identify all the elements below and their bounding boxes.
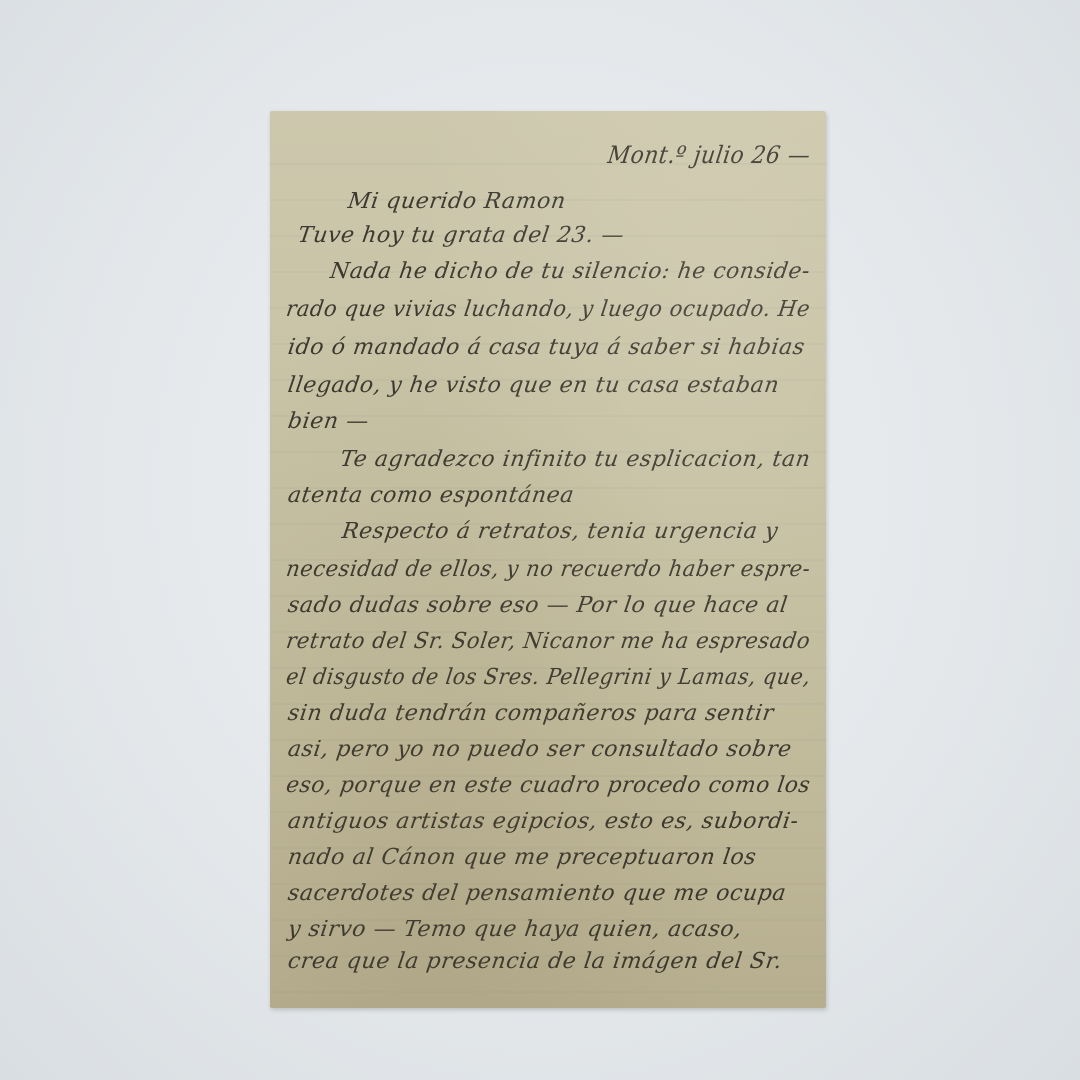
letter-salutation: Mi querido Ramon (346, 189, 567, 214)
letter-line: crea que la presencia de la imágen del S… (286, 949, 783, 974)
letter-line: Nada he dicho de tu silencio: he conside… (328, 259, 811, 284)
letter-line: atenta como espontánea (286, 483, 576, 508)
letter-line: Te agradezco infinito tu esplicacion, ta… (338, 447, 812, 472)
letter-line: necesidad de ellos, y no recuerdo haber … (284, 557, 812, 582)
letter-line: eso, porque en este cuadro procedo como … (284, 773, 812, 798)
letter-line: nado al Cánon que me preceptuaron los (286, 845, 758, 870)
letter-line: bien — (286, 409, 370, 434)
letter-line: rado que vivias luchando, y luego ocupad… (284, 297, 811, 322)
letter-line: Respecto á retratos, tenia urgencia y (340, 519, 780, 544)
letter-dateline: Mont.º julio 26 — (606, 141, 812, 169)
letter-line: llegado, y he visto que en tu casa estab… (286, 373, 781, 398)
letter-line: y sirvo — Temo que haya quien, acaso, (286, 917, 743, 942)
letter-line: asi, pero yo no puedo ser consultado sob… (286, 737, 793, 762)
letter-line: el disgusto de los Sres. Pellegrini y La… (284, 665, 812, 690)
letter-line: sado dudas sobre eso — Por lo que hace a… (286, 593, 789, 618)
letter-line: antiguos artistas egipcios, esto es, sub… (286, 809, 800, 834)
letter-line: Tuve hoy tu grata del 23. — (296, 223, 626, 248)
letter-line: sin duda tendrán compañeros para sentir (286, 701, 775, 726)
letter-line: sacerdotes del pensamiento que me ocupa (286, 881, 788, 906)
letter-line: retrato del Sr. Soler, Nicanor me ha esp… (284, 629, 811, 654)
letter-page: Mont.º julio 26 — Mi querido Ramon Tuve … (270, 111, 826, 1008)
letter-line: ido ó mandado á casa tuya á saber si hab… (286, 335, 806, 360)
